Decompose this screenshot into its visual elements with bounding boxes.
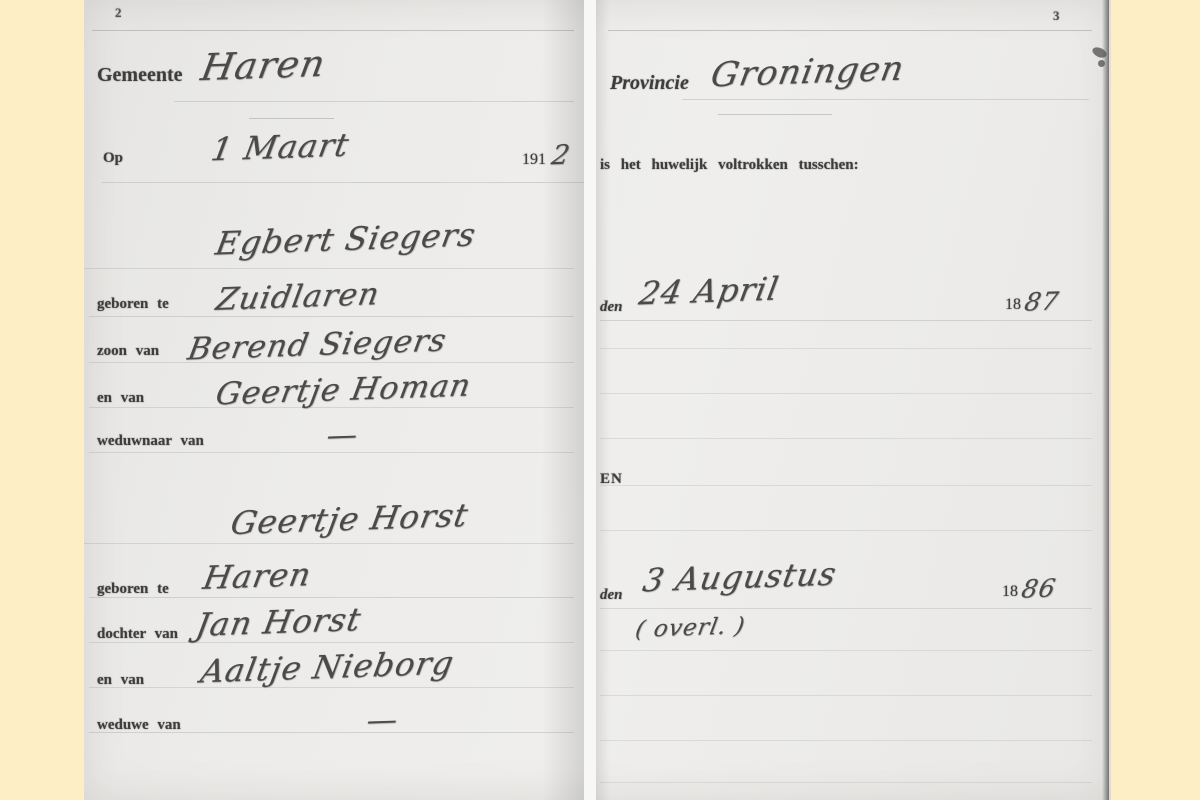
bride-geboren-label: geboren te	[97, 581, 169, 598]
center-fold-highlight	[584, 0, 596, 800]
ruled-line	[84, 543, 574, 544]
ruled-line	[600, 782, 1092, 783]
ruled-line	[102, 182, 589, 183]
ruled-line	[682, 99, 1089, 100]
conjunction-en-label: EN	[600, 471, 623, 488]
bride-overleden-note-handwritten: ( overl. )	[633, 613, 747, 643]
marriage-year-printed: 191	[522, 151, 546, 169]
paper-tear-mark	[1098, 60, 1105, 67]
ruled-line	[600, 530, 1092, 531]
groom-den-label: den	[600, 299, 623, 316]
provincie-value-handwritten: Groningen	[708, 49, 908, 96]
ruled-line	[249, 118, 334, 119]
groom-father-handwritten: Berend Siegers	[185, 323, 450, 368]
left-page-number: 2	[115, 5, 122, 21]
ruled-line	[92, 30, 574, 31]
op-label: Op	[103, 150, 123, 167]
groom-name-handwritten: Egbert Siegers	[213, 216, 479, 263]
zoon-van-label: zoon van	[97, 343, 159, 360]
gemeente-label: Gemeente	[97, 64, 183, 87]
ruled-line	[608, 30, 1092, 31]
dochter-van-label: dochter van	[97, 626, 178, 643]
bride-mother-handwritten: Aaltje Nieborg	[198, 644, 457, 691]
ruled-line	[600, 740, 1092, 741]
document-scan: 2 Gemeente Haren Op 1 Maart 191 2 Egbert…	[84, 0, 1111, 800]
groom-mother-handwritten: Geertje Homan	[213, 368, 474, 413]
ruled-line	[84, 268, 574, 269]
weduwnaar-dash-handwritten: —	[324, 417, 361, 453]
ruled-line	[89, 687, 574, 688]
center-fold-shadow	[542, 0, 584, 800]
bride-birthplace-handwritten: Haren	[200, 555, 314, 597]
gemeente-value-handwritten: Haren	[198, 42, 329, 89]
weduwnaar-van-label: weduwnaar van	[97, 433, 204, 450]
bride-en-van-label: en van	[97, 672, 144, 689]
bride-father-handwritten: Jan Horst	[193, 600, 364, 644]
scan-right-edge	[1102, 0, 1109, 800]
bride-birthyear-printed: 18	[1002, 583, 1018, 601]
ruled-line	[600, 485, 1092, 486]
groom-birthdate-handwritten: 24 April	[636, 270, 782, 313]
weduwe-van-label: weduwe van	[97, 717, 181, 734]
ruled-line	[600, 608, 1092, 609]
marriage-date-handwritten: 1 Maart	[208, 126, 352, 169]
groom-birthplace-handwritten: Zuidlaren	[213, 276, 382, 318]
bride-den-label: den	[600, 587, 623, 604]
groom-geboren-label: geboren te	[97, 296, 169, 313]
right-page-number: 3	[1053, 8, 1060, 24]
ruled-line	[89, 316, 574, 317]
groom-birthyear-printed: 18	[1005, 296, 1021, 314]
bride-birthdate-handwritten: 3 Augustus	[640, 555, 840, 600]
ruled-line	[600, 348, 1092, 349]
bride-name-handwritten: Geertje Horst	[228, 496, 472, 542]
ruled-line	[600, 695, 1092, 696]
marriage-statement: is het huwelijk voltrokken tusschen:	[600, 157, 859, 174]
ruled-line	[600, 320, 1092, 321]
right-page-fold-shade	[596, 0, 610, 800]
provincie-label: Provincie	[610, 72, 689, 95]
ruled-line	[718, 114, 832, 115]
ruled-line	[174, 101, 574, 102]
weduwe-dash-handwritten: —	[364, 702, 401, 738]
bride-birthyear-written: 86	[1019, 573, 1058, 603]
ruled-line	[600, 438, 1092, 439]
ruled-line	[600, 650, 1092, 651]
ruled-line	[600, 393, 1092, 394]
groom-birthyear-written: 87	[1022, 286, 1061, 316]
groom-en-van-label: en van	[97, 390, 144, 407]
